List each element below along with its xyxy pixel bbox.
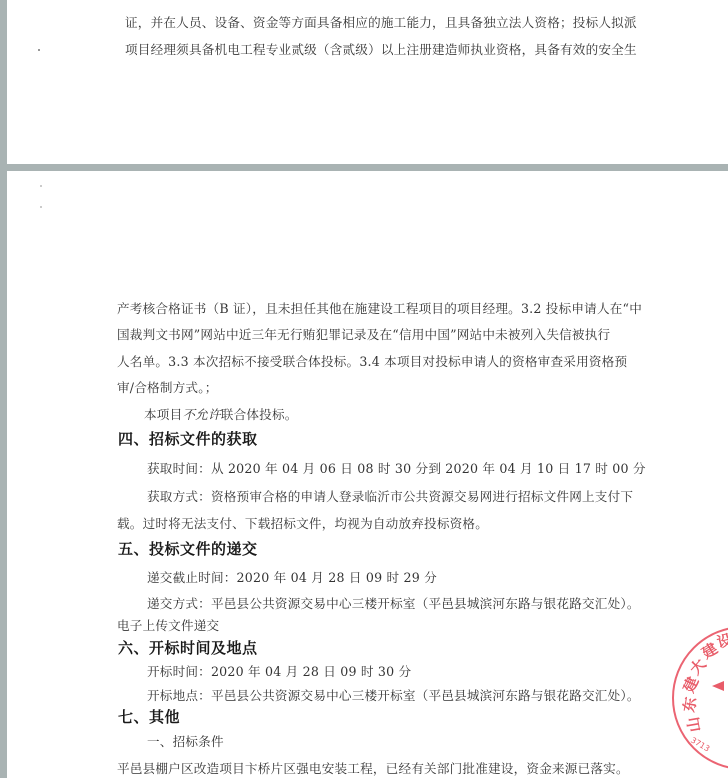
- submission-method: 递交方式：平邑县公共资源交易中心三楼开标室（平邑县城滨河东路与银花路交汇处）。: [147, 593, 640, 612]
- acquisition-method-line: 获取方式：资格预审合格的申请人登录临沂市公共资源交易网进行招标文件网上支付下: [147, 486, 633, 505]
- acquisition-method-line: 载。过时将无法支付、下载招标文件，均视为自动放弃投标资格。: [117, 513, 488, 532]
- document-page-bottom: 产考核合格证书（B 证），且未担任其他在施建设工程项目的项目经理。3.2 投标申…: [7, 171, 728, 778]
- section-heading-4: 四、招标文件的获取: [118, 428, 258, 449]
- section-heading-7: 七、其他: [118, 706, 180, 727]
- joint-bid-prefix: 本项目: [144, 407, 182, 422]
- qualification-text-line: 审/合格制方式。；: [117, 377, 218, 396]
- joint-bid-emphasis: 不允许: [182, 407, 220, 422]
- scan-speck: [38, 49, 40, 51]
- section-heading-5: 五、投标文件的递交: [118, 538, 258, 559]
- body-text-line: 项目经理须具备机电工程专业贰级（含贰级）以上注册建造师执业资格，具备有效的安全生: [125, 39, 637, 58]
- submission-deadline: 递交截止时间：2020 年 04 月 28 日 09 时 29 分: [147, 567, 437, 586]
- submission-upload: 电子上传文件递交: [117, 615, 219, 634]
- joint-bid-statement: 本项目不允许联合体投标。: [144, 404, 298, 423]
- scan-speck: [40, 206, 42, 208]
- scan-speck: [40, 185, 42, 187]
- document-page-top: 证，并在人员、设备、资金等方面具备相应的施工能力，且具备独立法人资格；投标人拟派…: [7, 0, 728, 164]
- qualification-text-line: 产考核合格证书（B 证），且未担任其他在施建设工程项目的项目经理。3.2 投标申…: [117, 298, 642, 317]
- stamp-char: 山: [682, 715, 705, 733]
- opening-place: 开标地点：平邑县公共资源交易中心三楼开标室（平邑县城滨河东路与银花路交汇处）。: [147, 685, 640, 704]
- stamp-star-icon: [712, 681, 724, 691]
- opening-time: 开标时间：2020 年 04 月 28 日 09 时 30 分: [147, 661, 411, 680]
- subsection-heading: 一、招标条件: [147, 731, 224, 750]
- body-text-line: 证，并在人员、设备、资金等方面具备相应的施工能力，且具备独立法人资格；投标人拟派: [125, 12, 637, 31]
- qualification-text-line: 人名单。3.3 本次招标不接受联合体投标。3.4 本项目对投标申请人的资格审查采…: [117, 351, 627, 370]
- qualification-text-line: 国裁判文书网”网站中近三年无行贿犯罪记录及在“信用中国”网站中未被列入失信被执行: [117, 324, 610, 343]
- section-heading-6: 六、开标时间及地点: [118, 637, 258, 658]
- acquisition-time: 获取时间：从 2020 年 04 月 06 日 08 时 30 分到 2020 …: [147, 458, 646, 477]
- tender-conditions-text: 平邑县棚户区改造项目卞桥片区强电安装工程，已经有关部门批准建设，资金来源已落实。: [117, 758, 629, 777]
- stamp-char: 东: [678, 695, 701, 713]
- joint-bid-suffix: 联合体投标。: [221, 407, 298, 422]
